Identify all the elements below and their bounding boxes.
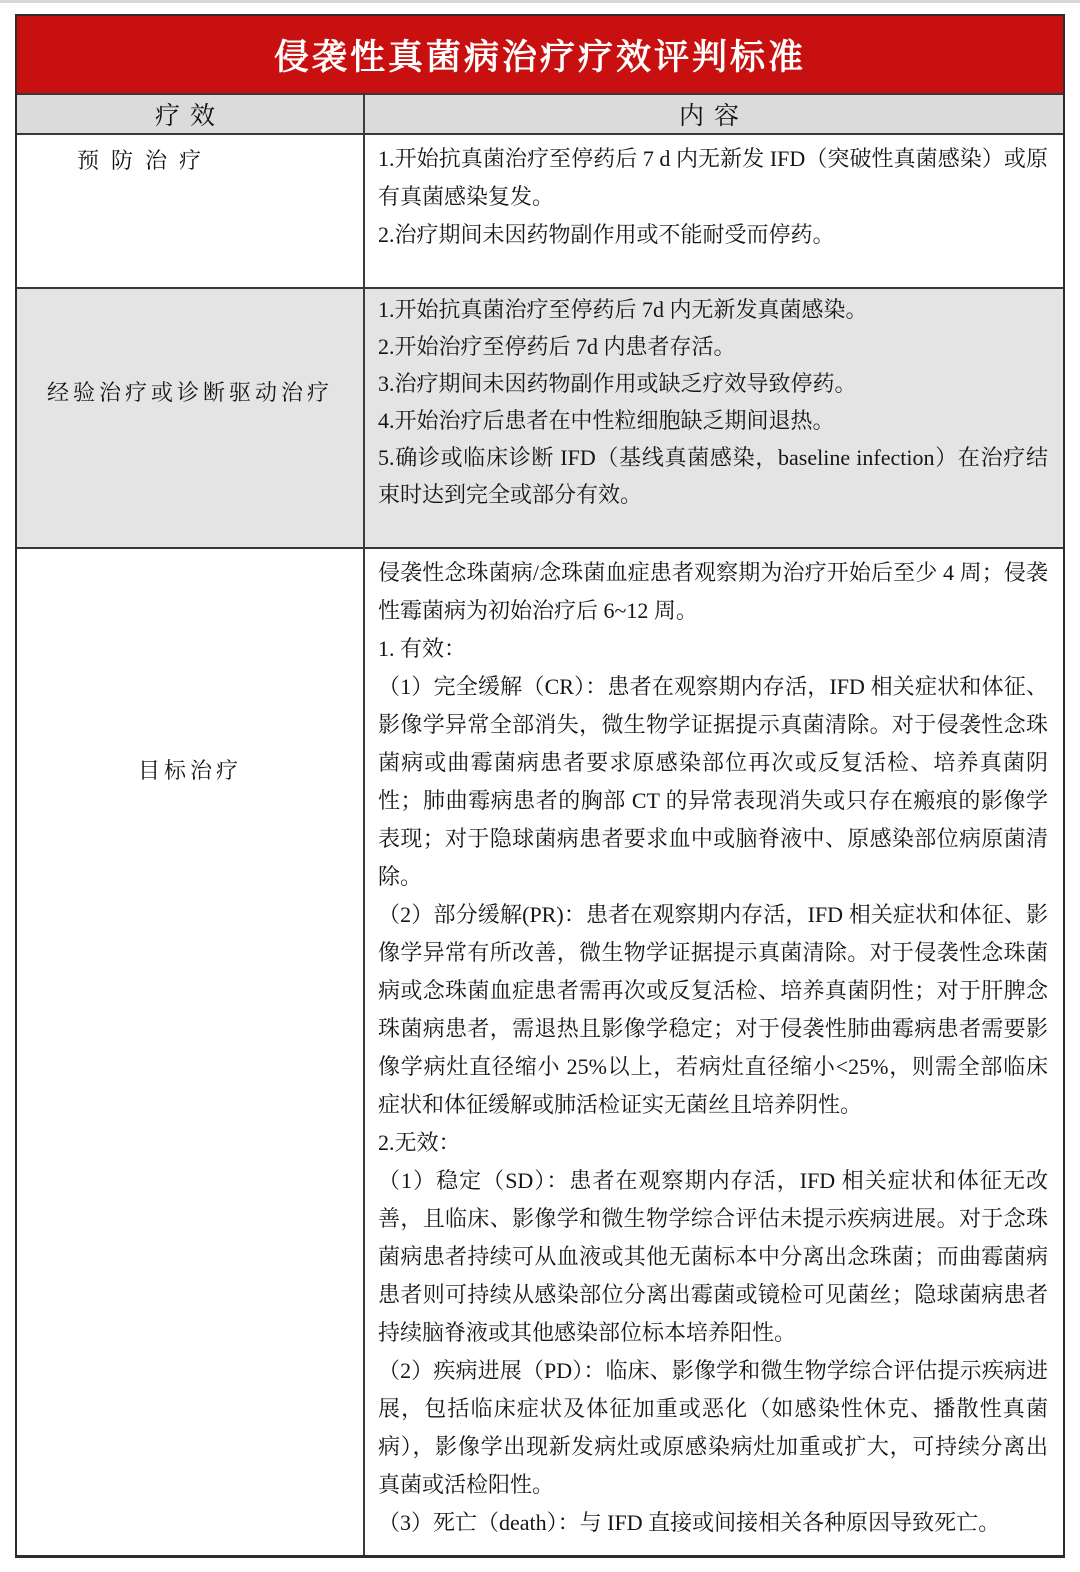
content-paragraph: 5.确诊或临床诊断 IFD（基线真菌感染，baseline infection）… — [378, 439, 1048, 513]
content-paragraph: 1. 有效： — [378, 630, 1048, 668]
row-label-targeted-therapy: 目标治疗 — [17, 549, 365, 1555]
row-label-empirical-therapy: 经验治疗或诊断驱动治疗 — [17, 289, 365, 547]
table-header-row: 疗效 内容 — [17, 93, 1063, 133]
row-label-prophylactic-therapy: 预防治疗 — [17, 135, 365, 287]
row-content-prophylactic-therapy: 1.开始抗真菌治疗至停药后 7 d 内无新发 IFD（突破性真菌感染）或原有真菌… — [365, 135, 1063, 287]
table-title-bar: 侵袭性真菌病治疗疗效评判标准 — [17, 16, 1063, 93]
table-row-prophylactic-therapy: 预防治疗 1.开始抗真菌治疗至停药后 7 d 内无新发 IFD（突破性真菌感染）… — [17, 133, 1063, 287]
content-paragraph: （1）稳定（SD）：患者在观察期内存活，IFD 相关症状和体征无改善，且临床、影… — [378, 1162, 1048, 1352]
header-cell-efficacy: 疗效 — [17, 95, 365, 133]
row-label-text: 目标治疗 — [138, 754, 242, 785]
content-paragraph: （2）部分缓解(PR)：患者在观察期内存活，IFD 相关症状和体征、影像学异常有… — [378, 896, 1048, 1124]
content-paragraph: 1.开始抗真菌治疗至停药后 7 d 内无新发 IFD（突破性真菌感染）或原有真菌… — [378, 140, 1048, 216]
row-content-targeted-therapy: 侵袭性念珠菌病/念珠菌血症患者观察期为治疗开始后至少 4 周；侵袭性霉菌病为初始… — [365, 549, 1063, 1555]
content-paragraph: 2.治疗期间未因药物副作用或不能耐受而停药。 — [378, 216, 1048, 254]
row-content-empirical-therapy: 1.开始抗真菌治疗至停药后 7d 内无新发真菌感染。 2.开始治疗至停药后 7d… — [365, 289, 1063, 547]
header-cell-content: 内容 — [365, 95, 1063, 133]
content-paragraph: （1）完全缓解（CR）：患者在观察期内存活，IFD 相关症状和体征、影像学异常全… — [378, 668, 1048, 896]
content-paragraph: （3）死亡（death）：与 IFD 直接或间接相关各种原因导致死亡。 — [378, 1504, 1048, 1542]
content-paragraph: 侵袭性念珠菌病/念珠菌血症患者观察期为治疗开始后至少 4 周；侵袭性霉菌病为初始… — [378, 554, 1048, 630]
page-top-edge-line — [0, 0, 1080, 3]
content-paragraph: 1.开始抗真菌治疗至停药后 7d 内无新发真菌感染。 — [378, 291, 1048, 328]
table-row-empirical-therapy: 经验治疗或诊断驱动治疗 1.开始抗真菌治疗至停药后 7d 内无新发真菌感染。 2… — [17, 287, 1063, 547]
content-paragraph: 3.治疗期间未因药物副作用或缺乏疗效导致停药。 — [378, 365, 1048, 402]
table-title: 侵袭性真菌病治疗疗效评判标准 — [274, 30, 806, 80]
content-paragraph: （2）疾病进展（PD）：临床、影像学和微生物学综合评估提示疾病进展，包括临床症状… — [378, 1352, 1048, 1504]
table-row-targeted-therapy: 目标治疗 侵袭性念珠菌病/念珠菌血症患者观察期为治疗开始后至少 4 周；侵袭性霉… — [17, 547, 1063, 1555]
row-label-text: 经验治疗或诊断驱动治疗 — [47, 376, 333, 407]
content-paragraph: 2.开始治疗至停药后 7d 内患者存活。 — [378, 328, 1048, 365]
efficacy-criteria-table: 侵袭性真菌病治疗疗效评判标准 疗效 内容 预防治疗 1.开始抗真菌治疗至停药后 … — [15, 14, 1065, 1558]
content-paragraph: 4.开始治疗后患者在中性粒细胞缺乏期间退热。 — [378, 402, 1048, 439]
content-paragraph: 2.无效： — [378, 1124, 1048, 1162]
